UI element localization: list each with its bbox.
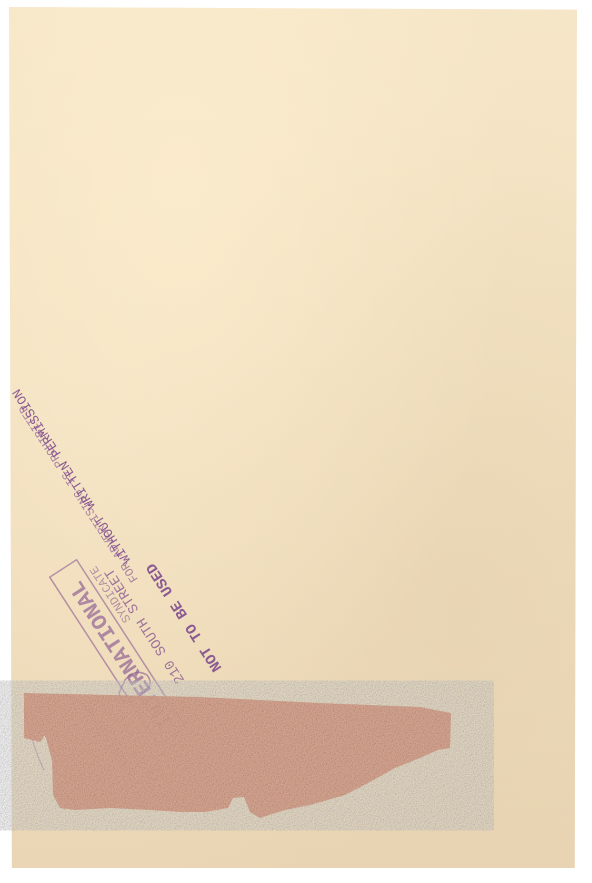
torn-paper-residue xyxy=(0,0,592,883)
